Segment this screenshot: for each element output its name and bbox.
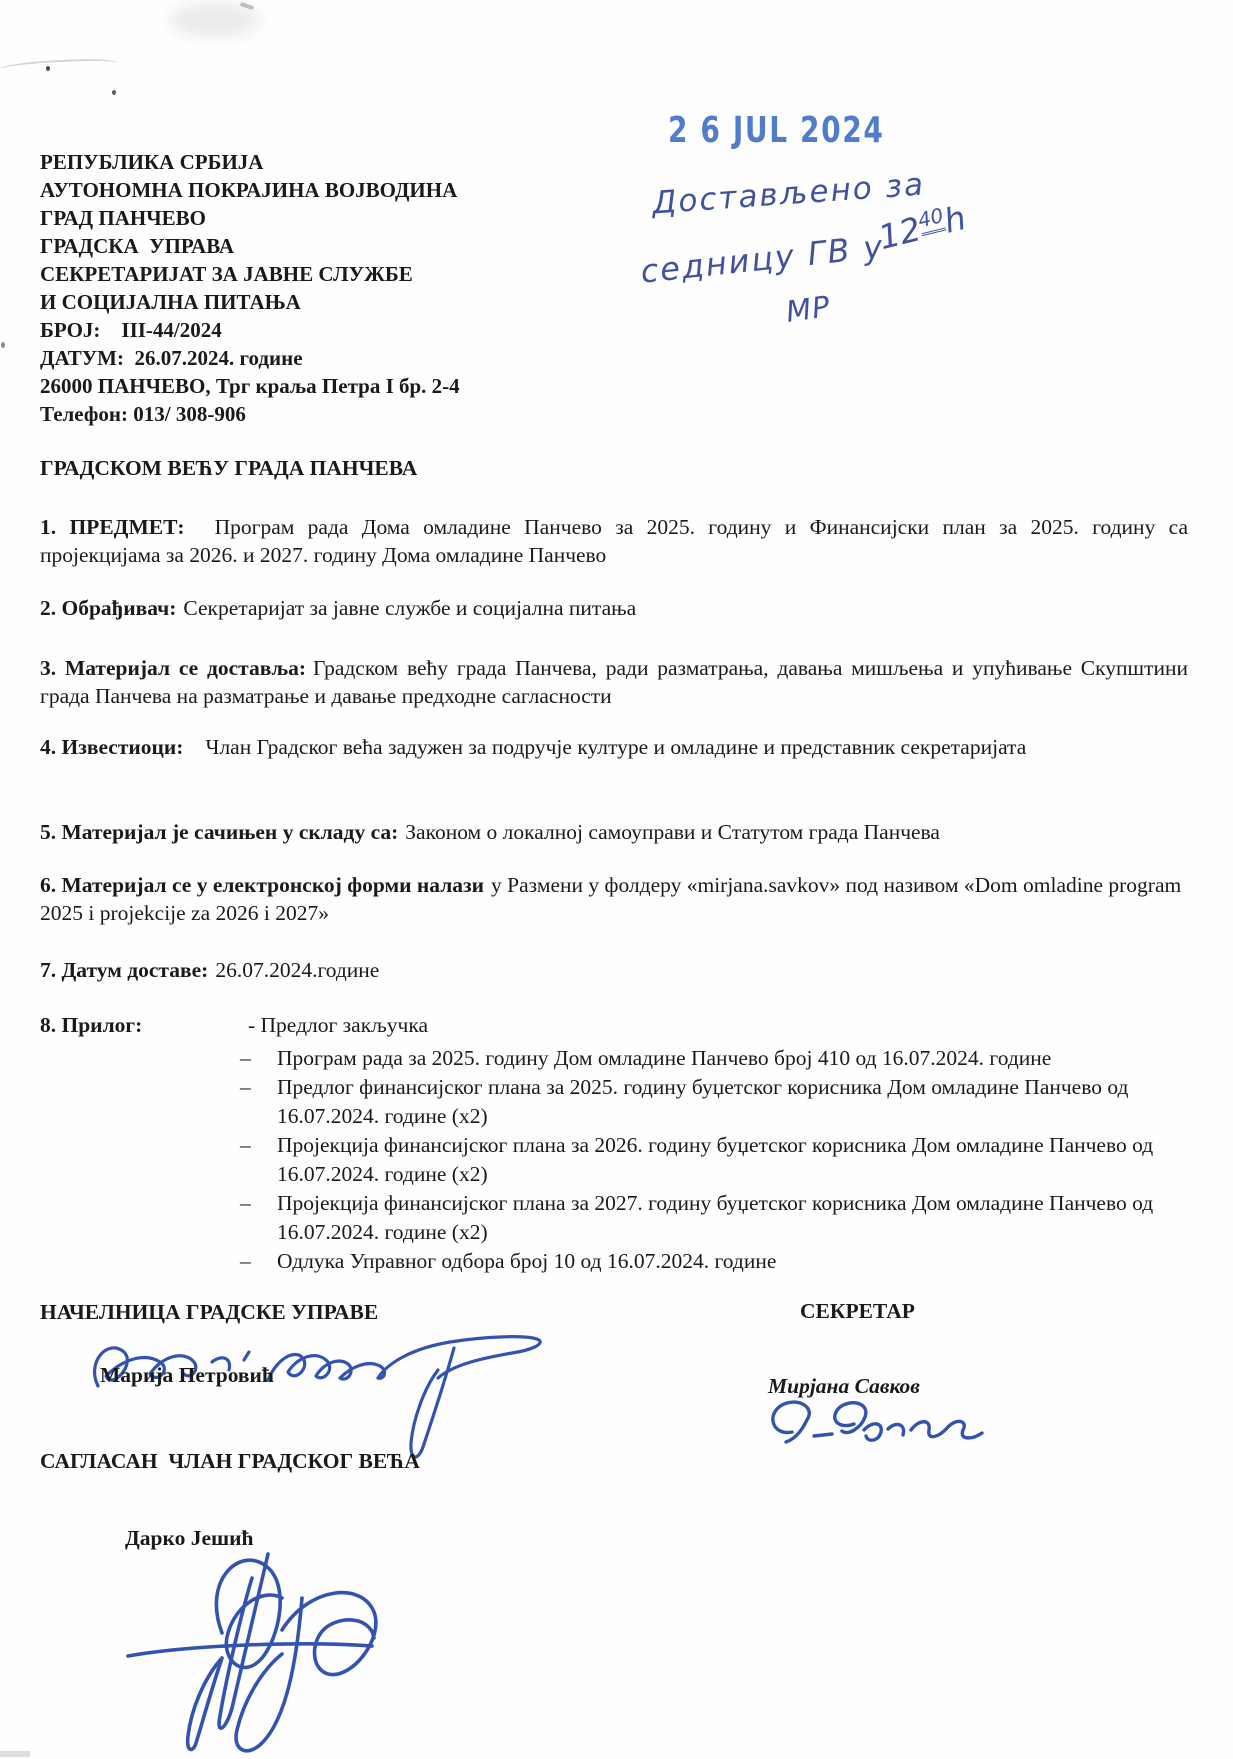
letterhead-country: РЕПУБЛИКА СРБИЈА [40, 148, 460, 176]
scanned-document-page: 2 6 JUL 2024 Достављено за седницу ГВ у … [0, 0, 1233, 1759]
letterhead-administration: ГРАДСКА УПРАВА [40, 232, 460, 260]
list-dash: – [240, 1247, 277, 1276]
scan-corner-artifact [0, 1751, 30, 1757]
attachment-item: –Пројекција финансијског плана за 2027. … [240, 1189, 1190, 1246]
letterhead: РЕПУБЛИКА СРБИЈА АУТОНОМНА ПОКРАЈИНА ВОЈ… [40, 148, 460, 428]
letterhead-address: 26000 ПАНЧЕВО, Трг краља Петра I бр. 2-4 [40, 372, 460, 400]
letterhead-number: БРОЈ: III-44/2024 [40, 316, 460, 344]
attachment-item-text: Одлука Управног одбора број 10 од 16.07.… [277, 1247, 1190, 1276]
paragraph-delivery-date: 7. Датум доставе:26.07.2024.године [40, 956, 1188, 984]
handwritten-note-line1: Достављено за [651, 167, 926, 222]
paragraph-legal-basis-text: Законом о локалној самоуправи и Статутом… [405, 820, 940, 844]
letterhead-secretariat-line2: И СОЦИЈАЛНА ПИТАЊА [40, 288, 460, 316]
attachment-item: –Предлог финансијског плана за 2025. год… [240, 1073, 1190, 1130]
secretary-name: Мирјана Савков [768, 1374, 920, 1399]
paragraph-rapporteurs-text: Члан Градског већа задужен за подручје к… [205, 735, 1026, 759]
paragraph-subject-text: Програм рада Дома омладине Панчево за 20… [40, 515, 1188, 567]
chief-title: НАЧЕЛНИЦА ГРАДСКЕ УПРАВЕ [40, 1300, 378, 1325]
attachments-label: 8. Прилог: [40, 1011, 248, 1040]
attachment-item: –Пројекција финансијског плана за 2026. … [240, 1131, 1190, 1188]
paragraph-delivery-date-text: 26.07.2024.године [215, 958, 379, 982]
paragraph-delivery-date-label: 7. Датум доставе: [40, 958, 208, 982]
recipient-heading: ГРАДСКОМ ВЕЋУ ГРАДА ПАНЧЕВА [40, 456, 417, 481]
attachment-item-text: Пројекција финансијског плана за 2026. г… [277, 1131, 1190, 1188]
attachment-item-text: Пројекција финансијског плана за 2027. г… [277, 1189, 1190, 1246]
list-dash: – [240, 1044, 277, 1073]
handwritten-note-line2: седницу ГВ у [639, 227, 887, 290]
scan-speck [112, 90, 116, 95]
list-dash: – [240, 1189, 277, 1246]
attachments-section: 8. Прилог: - Предлог закључка –Програм р… [40, 1011, 1190, 1277]
paragraph-electronic-form-label: 6. Материјал се у електронској форми нал… [40, 873, 484, 897]
paragraph-delivery-label: 3. Материјал се доставља: [40, 656, 306, 680]
letterhead-phone: Телефон: 013/ 308-906 [40, 400, 460, 428]
paragraph-subject-label: 1. ПРЕДМЕТ: [40, 515, 185, 539]
attachment-item-text: Предлог финансијског плана за 2025. годи… [277, 1073, 1190, 1130]
handwritten-initials: МР [784, 289, 833, 329]
list-dash: – [240, 1073, 277, 1130]
paragraph-processor-label: 2. Обрађивач: [40, 596, 176, 620]
received-date-stamp: 2 6 JUL 2024 [668, 110, 884, 151]
attachment-item-0: - Предлог закључка [248, 1011, 428, 1040]
paragraph-rapporteurs-label: 4. Известиоци: [40, 735, 183, 759]
attachment-item-text: Програм рада за 2025. годину Дом омладин… [277, 1044, 1190, 1073]
scan-speck [46, 66, 50, 71]
attachments-list: –Програм рада за 2025. годину Дом омлади… [40, 1044, 1190, 1276]
handwritten-time: 1240h [875, 198, 970, 257]
letterhead-city: ГРАД ПАНЧЕВО [40, 204, 460, 232]
letterhead-province: АУТОНОМНА ПОКРАЈИНА ВОЈВОДИНА [40, 176, 460, 204]
letterhead-date: ДАТУМ: 26.07.2024. године [40, 344, 460, 372]
secretary-signature [760, 1396, 985, 1456]
paragraph-legal-basis: 5. Материјал је сачињен у складу са:Зако… [40, 818, 1188, 846]
scan-speck [1, 342, 5, 348]
secretary-title: СЕКРЕТАР [800, 1299, 915, 1324]
agree-title: САГЛАСАН ЧЛАН ГРАДСКОГ ВЕЋА [40, 1449, 420, 1474]
letterhead-secretariat-line1: СЕКРЕТАРИЈАТ ЗА ЈАВНЕ СЛУЖБЕ [40, 260, 460, 288]
paragraph-rapporteurs: 4. Известиоци:Члан Градског већа задужен… [40, 733, 1188, 761]
paragraph-processor-text: Секретаријат за јавне службе и социјална… [183, 596, 636, 620]
attachment-item: –Одлука Управног одбора број 10 од 16.07… [240, 1247, 1190, 1276]
paragraph-legal-basis-label: 5. Материјал је сачињен у складу са: [40, 820, 398, 844]
paragraph-delivery: 3. Материјал се доставља:Градском већу г… [40, 654, 1188, 710]
chief-name: Марија Петровић [100, 1363, 274, 1388]
council-member-signature [70, 1538, 410, 1759]
paragraph-electronic-form: 6. Материјал се у електронској форми нал… [40, 871, 1188, 927]
list-dash: – [240, 1131, 277, 1188]
attachment-item: –Програм рада за 2025. годину Дом омлади… [240, 1044, 1190, 1073]
scan-stroke-artifact [0, 57, 118, 75]
paragraph-processor: 2. Обрађивач:Секретаријат за јавне служб… [40, 594, 1188, 622]
handwritten-time-unit: h [940, 198, 970, 241]
paragraph-subject: 1. ПРЕДМЕТ:Програм рада Дома омладине Па… [40, 513, 1188, 569]
